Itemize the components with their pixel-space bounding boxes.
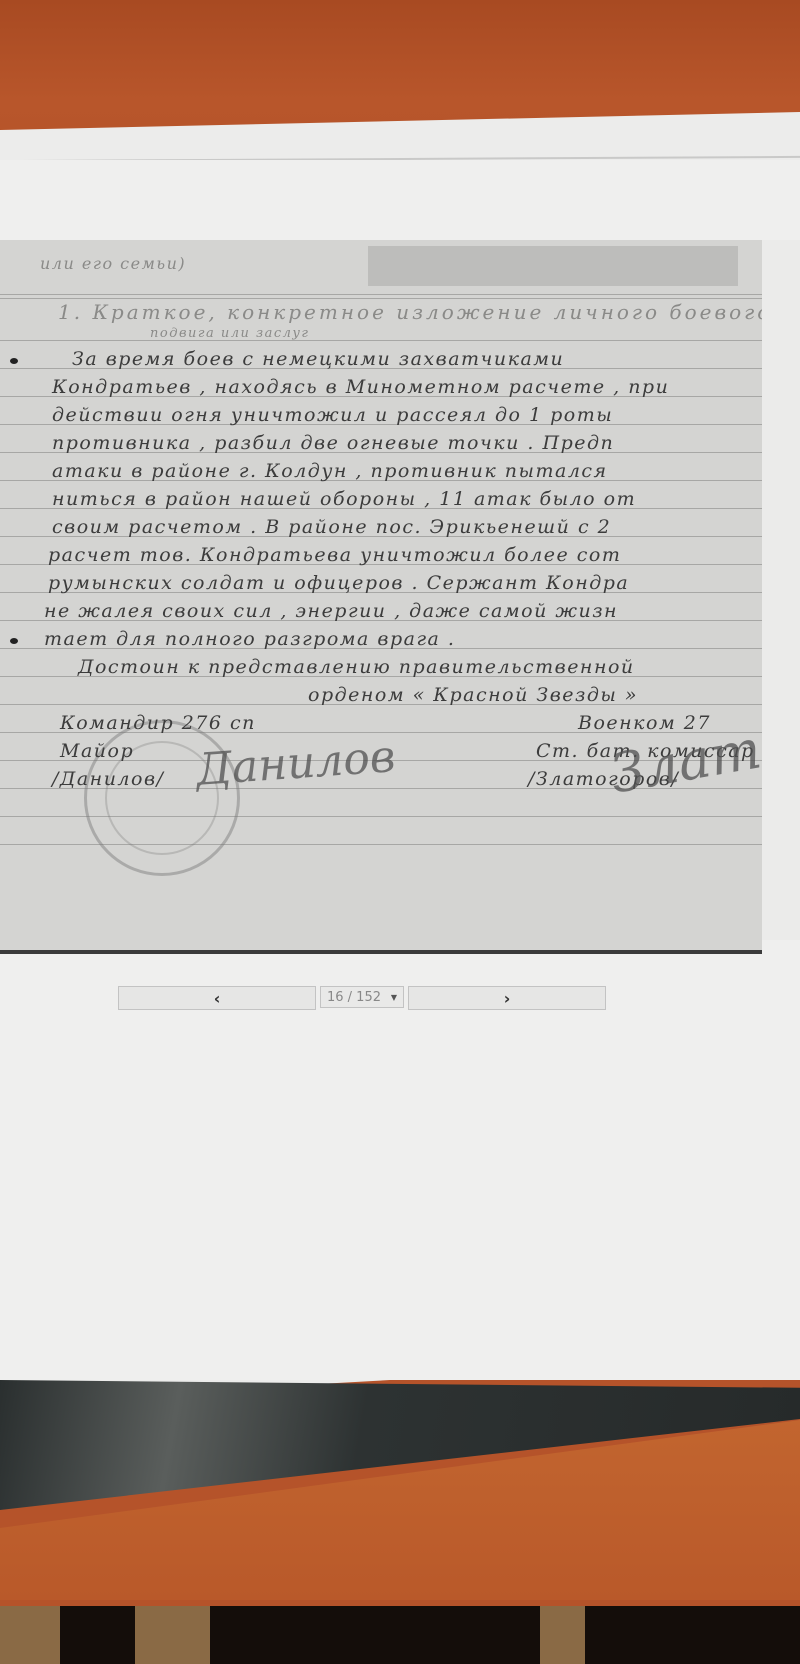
page-indicator: 16 / 152 — [327, 990, 381, 1005]
scan-artifact-dot — [10, 358, 18, 364]
previous-page-button[interactable]: ‹ — [118, 986, 316, 1010]
body-line: Кондратьев , находясь в Минометном расче… — [52, 376, 669, 398]
body-line: атаки в районе г. Колдун , противник пыт… — [52, 460, 608, 482]
viewer-right-margin — [762, 240, 800, 940]
chair-slat — [135, 1606, 210, 1664]
page-select-dropdown[interactable]: 16 / 152 ▼ — [320, 986, 404, 1008]
body-line: своим расчетом . В районе пос. Эрикьенеш… — [52, 516, 611, 538]
next-page-button[interactable]: › — [408, 986, 606, 1010]
body-line: действии огня уничтожил и рассеял до 1 р… — [52, 404, 613, 426]
left-signature: Данилов — [194, 731, 397, 796]
chevron-right-icon: › — [504, 989, 511, 1008]
ruled-line — [0, 294, 762, 295]
chair-slat — [0, 1606, 60, 1664]
caret-down-icon: ▼ — [391, 993, 397, 1002]
header-faint-text: или его семьи) — [40, 254, 186, 273]
body-line: ниться в район нашей обороны , 11 атак б… — [52, 488, 636, 510]
chair-slats-background — [0, 1606, 800, 1664]
section-title: 1. Краткое, конкретное изложение личного… — [58, 300, 772, 324]
left-signatory-title: Командир 276 сп — [60, 712, 256, 734]
award-name-line: орденом « Красной Звезды » — [308, 684, 638, 706]
chevron-left-icon: ‹ — [214, 989, 221, 1008]
section-subtitle: подвига или заслуг — [150, 326, 310, 341]
left-signatory-rank: Майор — [60, 740, 134, 762]
body-line: противника , разбил две огневые точки . … — [52, 432, 614, 454]
pagination-bar: ‹ 16 / 152 ▼ › — [118, 986, 606, 1010]
body-line: не жалея своих сил , энергии , даже само… — [44, 600, 618, 622]
ruled-line — [0, 340, 762, 341]
left-signatory-name: /Данилов/ — [52, 768, 164, 790]
body-line: расчет тов. Кондратьева уничтожил более … — [48, 544, 621, 566]
body-line: За время боев с немецкими захватчиками — [72, 348, 564, 370]
body-line: румынских солдат и офицеров . Сержант Ко… — [48, 572, 629, 594]
chair-slat — [540, 1606, 585, 1664]
scan-artifact-dot — [10, 638, 18, 644]
scanned-document-image: или его семьи) 1. Краткое, конкретное из… — [0, 240, 762, 954]
recommendation-line: Достоин к представлению правительственно… — [78, 656, 635, 678]
ruled-line — [0, 298, 762, 299]
redacted-header-block — [368, 246, 738, 286]
body-line: тает для полного разгрома врага . — [44, 628, 455, 650]
